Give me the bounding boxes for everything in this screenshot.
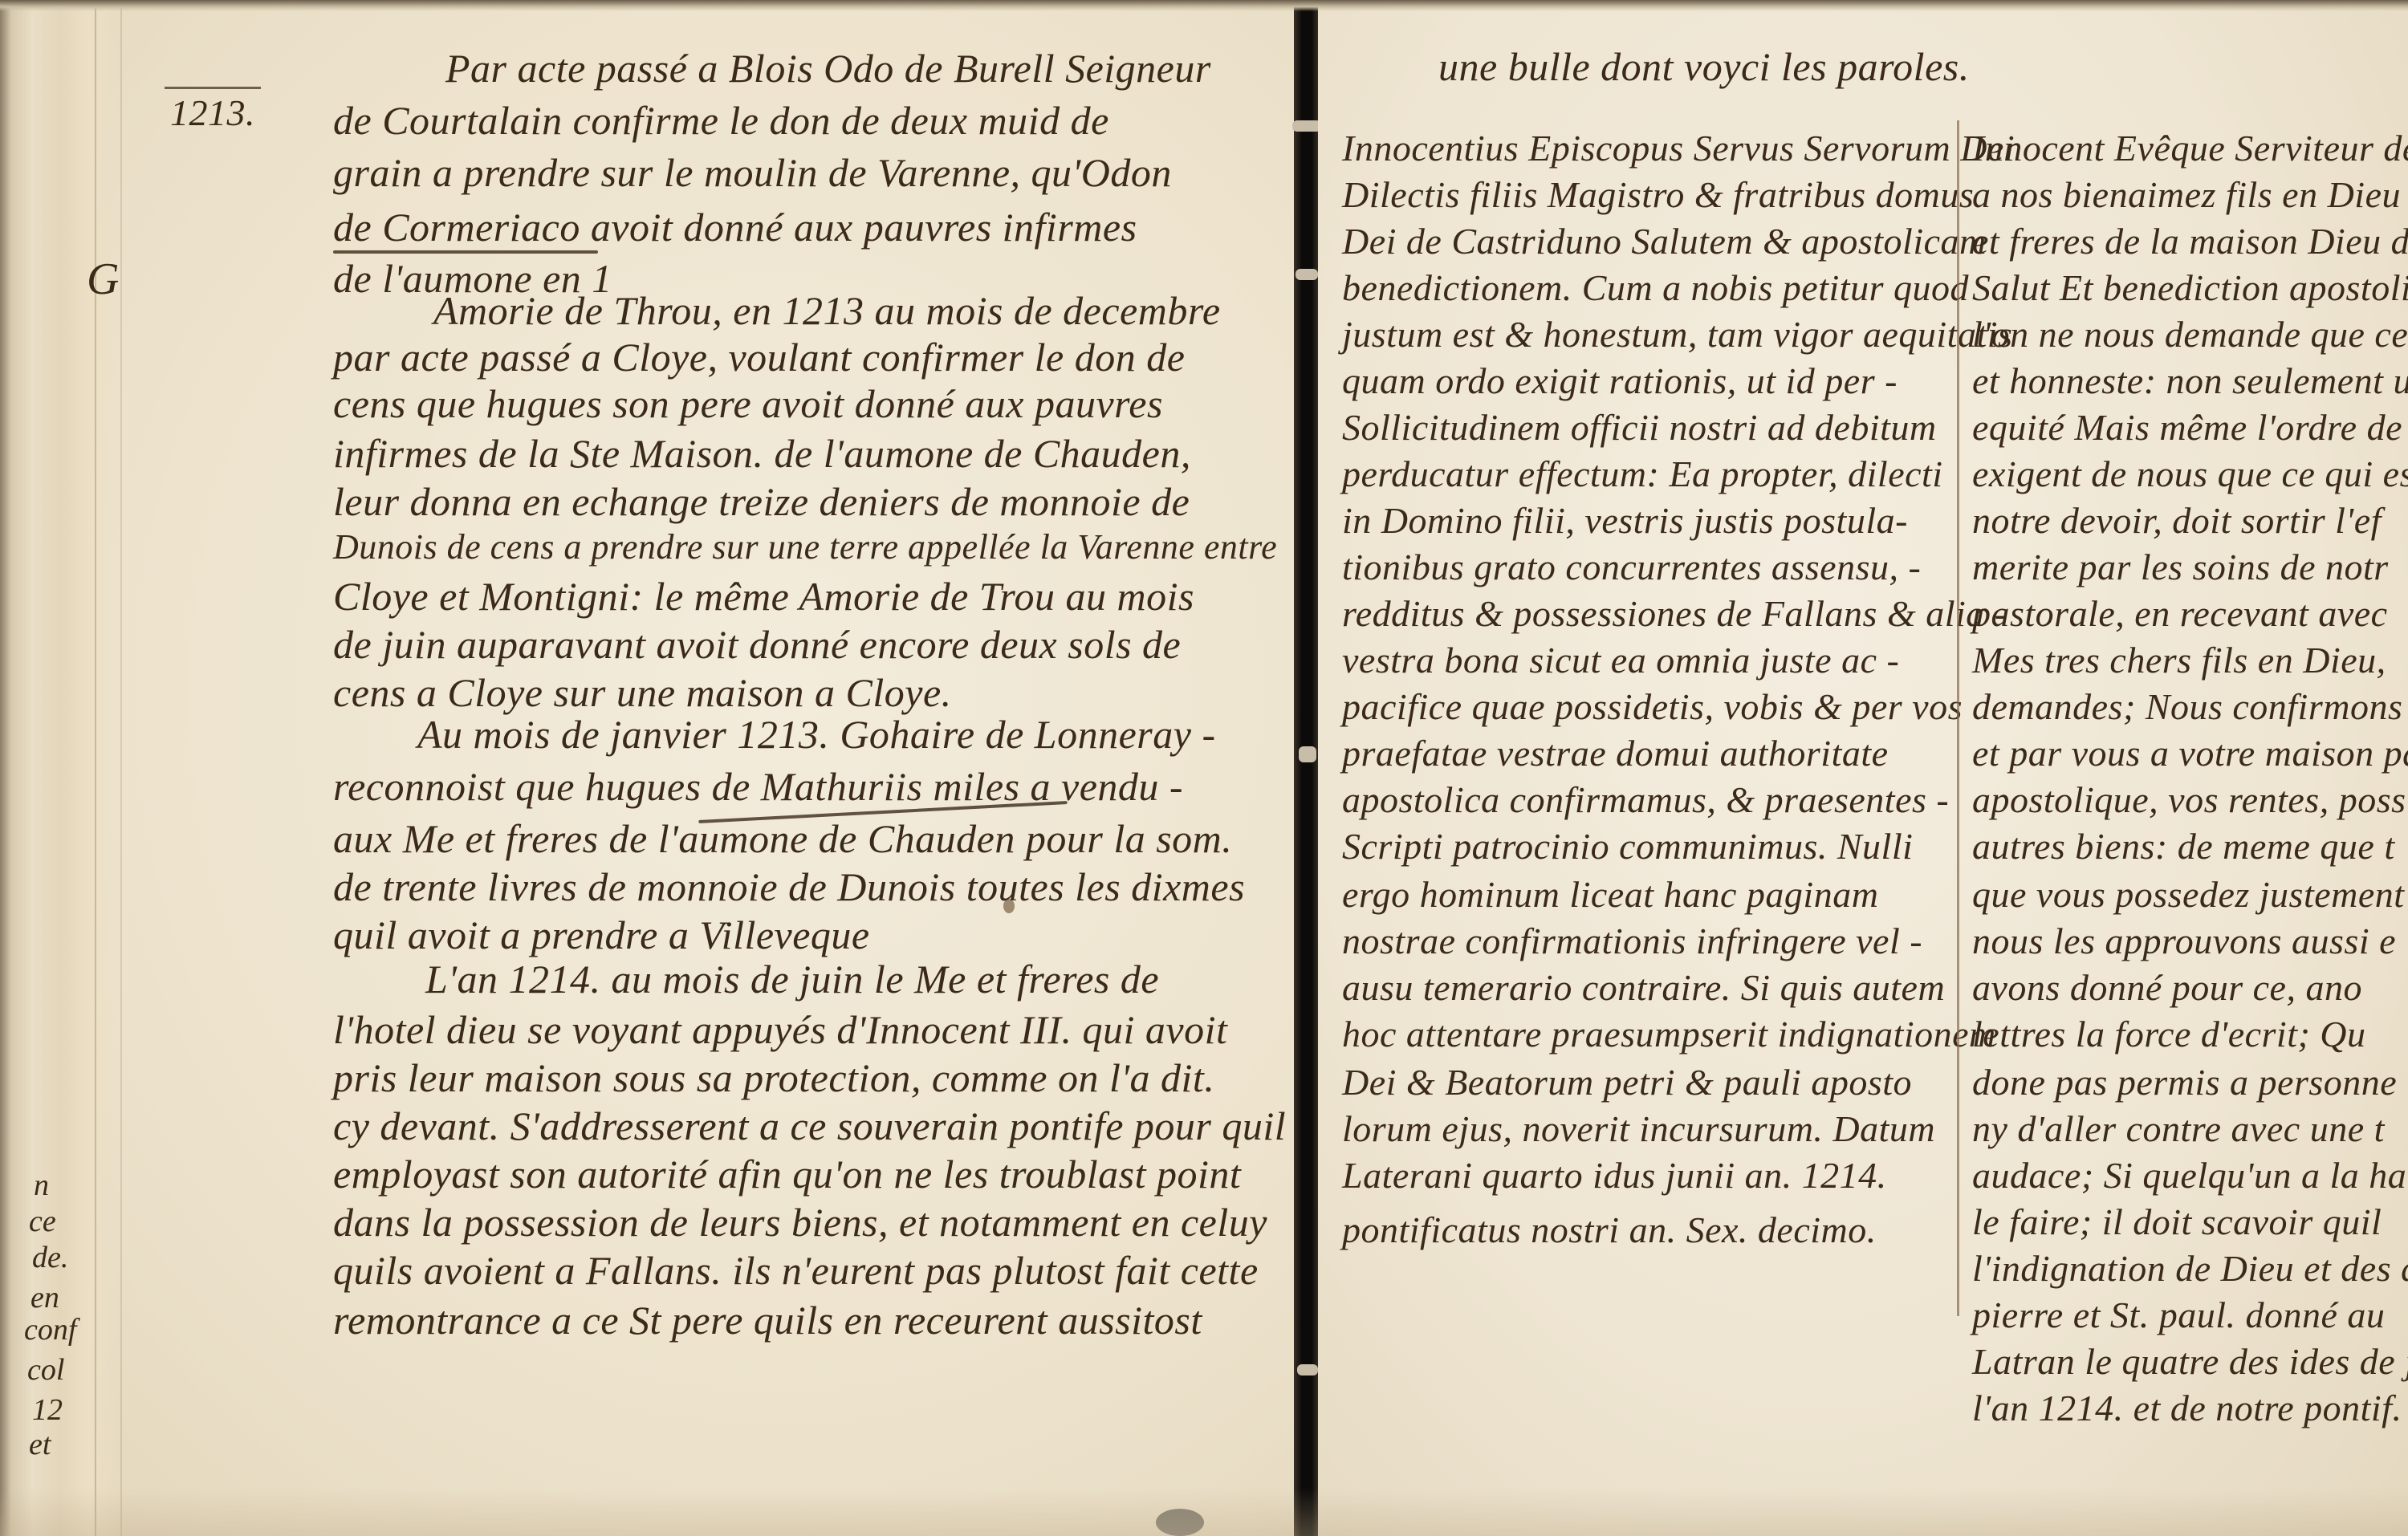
binding-thread <box>1292 120 1321 132</box>
text-line: Amorie de Throu, en 1213 au mois de dece… <box>433 291 1221 331</box>
french-line: le faire; il doit scavoir quil <box>1972 1204 2382 1241</box>
french-line: demandes; Nous confirmons <box>1972 689 2402 725</box>
latin-line: justum est & honestum, tam vigor aequita… <box>1342 316 2012 353</box>
margin-fragment: et <box>29 1427 51 1462</box>
text-line: de Cormeriaco avoit donné aux pauvres in… <box>333 207 1137 247</box>
french-line: nous les approuvons aussi e <box>1972 923 2396 960</box>
text-line: de Courtalain confirme le don de deux mu… <box>333 100 1109 140</box>
right-page: une bulle dont voyci les paroles. Innoce… <box>1318 0 2408 1536</box>
french-line: Latran le quatre des ides de juin <box>1972 1343 2408 1380</box>
latin-line: apostolica confirmamus, & praesentes - <box>1342 782 1949 819</box>
french-line: ny d'aller contre avec une t <box>1972 1111 2385 1148</box>
latin-line: quam ordo exigit rationis, ut id per - <box>1342 363 1898 400</box>
margin-year-overline <box>165 87 261 89</box>
page-fold-line <box>95 0 96 1536</box>
text-line: cy devant. S'addresserent a ce souverain… <box>333 1106 1286 1146</box>
margin-fragment: en <box>31 1280 59 1315</box>
heading-line: une bulle dont voyci les paroles. <box>1438 47 1970 87</box>
text-line: Dunois de cens a prendre sur une terre a… <box>333 530 1277 565</box>
book-gutter <box>1294 0 1320 1536</box>
margin-fragment: 12 <box>32 1392 63 1428</box>
latin-line: vestra bona sicut ea omnia juste ac - <box>1342 642 1899 679</box>
text-line: cens a Cloye sur une maison a Cloye. <box>333 673 952 713</box>
latin-line: perducatur effectum: Ea propter, dilecti <box>1342 456 1943 493</box>
left-page: 1213. G n ce de. en conf col 12 et Par a… <box>0 0 1296 1536</box>
text-line: aux Me et freres de l'aumone de Chauden … <box>333 819 1232 859</box>
text-line: Par acte passé a Blois Odo de Burell Sei… <box>445 48 1211 88</box>
latin-line: ergo hominum liceat hanc paginam <box>1342 876 1878 913</box>
latin-line: in Domino filii, vestris justis postula- <box>1342 502 1908 539</box>
latin-line: Dei & Beatorum petri & pauli aposto <box>1342 1064 1912 1101</box>
latin-line: Dilectis filiis Magistro & fratribus dom… <box>1342 177 1974 213</box>
french-line: et honneste: non seulement un <box>1972 363 2408 400</box>
latin-line: hoc attentare praesumpserit indignatione… <box>1342 1016 1996 1053</box>
french-line: Salut Et benediction apostoliq <box>1972 270 2408 307</box>
text-line: par acte passé a Cloye, voulant confirme… <box>333 337 1185 377</box>
french-line: autres biens: de meme que t <box>1972 828 2395 865</box>
bottom-edge <box>0 1488 2408 1536</box>
french-line: done pas permis a personne <box>1972 1064 2397 1101</box>
latin-line: lorum ejus, noverit incursurum. Datum <box>1342 1111 1935 1148</box>
french-line: merite par les soins de notr <box>1972 549 2389 586</box>
french-line: pierre et St. paul. donné au <box>1972 1297 2385 1334</box>
text-line: de trente livres de monnoie de Dunois to… <box>333 867 1245 907</box>
latin-line: pontificatus nostri an. Sex. decimo. <box>1342 1212 1877 1249</box>
latin-line: Dei de Castriduno Salutem & apostolicam <box>1342 223 1987 260</box>
underline-cormeriaco <box>333 250 598 254</box>
margin-fragment: ce <box>29 1204 56 1239</box>
text-line: infirmes de la Ste Maison. de l'aumone d… <box>333 433 1191 473</box>
french-line: pastorale, en recevant avec <box>1972 595 2388 632</box>
margin-fragment: n <box>34 1168 49 1203</box>
binding-thread <box>1297 1364 1318 1375</box>
text-line: de juin auparavant avoit donné encore de… <box>333 624 1181 664</box>
latin-line: Sollicitudinem officii nostri ad debitum <box>1342 409 1937 446</box>
french-line: notre devoir, doit sortir l'ef <box>1972 502 2382 539</box>
text-line: reconnoist que hugues de Mathuriis miles… <box>333 766 1183 807</box>
text-line: Cloye et Montigni: le même Amorie de Tro… <box>333 576 1194 616</box>
text-line: l'hotel dieu se voyant appuyés d'Innocen… <box>333 1010 1227 1050</box>
text-line: Au mois de janvier 1213. Gohaire de Lonn… <box>417 714 1216 754</box>
text-line: L'an 1214. au mois de juin le Me et frer… <box>425 959 1159 999</box>
french-line: audace; Si quelqu'un a la ha <box>1972 1157 2406 1194</box>
french-line: lettres la force d'ecrit; Qu <box>1972 1016 2366 1053</box>
latin-line: benedictionem. Cum a nobis petitur quod <box>1342 270 1969 307</box>
french-line: et freres de la maison Dieu de <box>1972 223 2408 260</box>
latin-line: redditus & possessiones de Fallans & ali… <box>1342 595 2007 632</box>
top-edge-shadow <box>0 0 2408 11</box>
ink-stain <box>1003 899 1015 913</box>
page-fold-line <box>120 0 122 1536</box>
latin-line: ausu temerario contraire. Si quis autem <box>1342 969 1945 1006</box>
latin-line: nostrae confirmationis infringere vel - <box>1342 923 1922 960</box>
french-line: Mes tres chers fils en Dieu, <box>1972 642 2386 679</box>
french-line: l'indignation de Dieu et des ap <box>1972 1250 2408 1287</box>
text-line: remontrance a ce St pere quils en receur… <box>333 1300 1202 1340</box>
manuscript-scan: 1213. G n ce de. en conf col 12 et Par a… <box>0 0 2408 1536</box>
french-line: apostolique, vos rentes, poss <box>1972 782 2406 819</box>
french-line: et par vous a votre maison pa <box>1972 735 2408 772</box>
french-line: a nos bienaimez fils en Dieu <box>1972 177 2401 213</box>
french-line: Innocent Evêque Serviteur des <box>1972 130 2408 167</box>
binding-thread <box>1296 269 1318 280</box>
latin-line: Innocentius Episcopus Servus Servorum De… <box>1342 130 2015 167</box>
margin-year: 1213. <box>170 95 255 132</box>
latin-line: tionibus grato concurrentes assensu, - <box>1342 549 1921 586</box>
french-line: equité Mais même l'ordre de <box>1972 409 2402 446</box>
french-line: l'on ne nous demande que ce q <box>1972 316 2408 353</box>
text-line: dans la possession de leurs biens, et no… <box>333 1202 1267 1242</box>
margin-mark: G <box>87 257 120 302</box>
text-line: quils avoient a Fallans. ils n'eurent pa… <box>333 1250 1259 1290</box>
text-line: pris leur maison sous sa protection, com… <box>333 1058 1214 1098</box>
french-line: exigent de nous que ce qui est <box>1972 456 2408 493</box>
margin-fragment: conf <box>24 1312 76 1347</box>
text-line: quil avoit a prendre a Villeveque <box>333 915 870 955</box>
text-line: employast son autorité afin qu'on ne les… <box>333 1154 1241 1194</box>
margin-fragment: de. <box>32 1240 68 1275</box>
binding-thread <box>1299 746 1316 762</box>
latin-line: praefatae vestrae domui authoritate <box>1342 735 1889 772</box>
french-line: avons donné pour ce, ano <box>1972 969 2362 1006</box>
page-edge-stack <box>0 0 120 1536</box>
french-line: l'an 1214. et de notre pontif. <box>1972 1390 2402 1427</box>
latin-line: pacifice quae possidetis, vobis & per vo… <box>1342 689 1963 725</box>
column-divider-rule <box>1957 120 1959 1316</box>
latin-line: Scripti patrocinio communimus. Nulli <box>1342 828 1913 865</box>
margin-fragment: col <box>27 1352 64 1388</box>
latin-line: Laterani quarto idus junii an. 1214. <box>1342 1157 1887 1194</box>
text-line: cens que hugues son pere avoit donné aux… <box>333 384 1163 424</box>
french-line: que vous possedez justement <box>1972 876 2405 913</box>
text-line: grain a prendre sur le moulin de Varenne… <box>333 152 1172 193</box>
text-line: leur donna en echange treize deniers de … <box>333 482 1190 522</box>
